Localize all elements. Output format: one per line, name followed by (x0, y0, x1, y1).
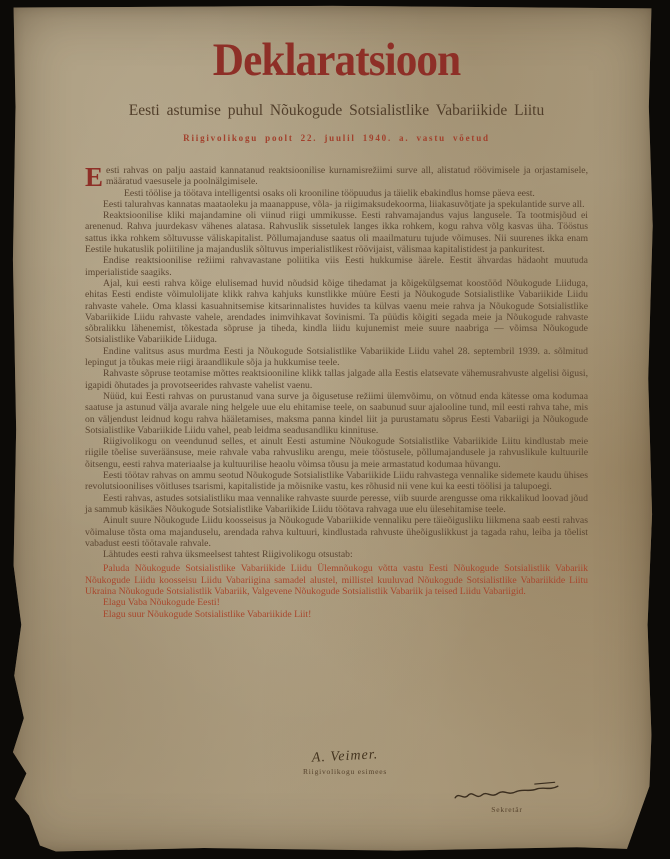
paragraph: Endine valitsus asus murdma Eesti ja Nõu… (85, 346, 588, 369)
paragraph: Riigivolikogu on veendunud selles, et ai… (85, 436, 588, 470)
resolution-paragraph: Paluda Nõukogude Sotsialistlike Vabariik… (85, 563, 588, 597)
document-subtitle: Eesti astumise puhul Nõukogude Sotsialis… (85, 102, 588, 120)
scanned-document-photo: { "document": { "title": "Deklaratsioon"… (0, 0, 670, 859)
drop-cap: E (85, 165, 106, 188)
chairman-signature-role: Riigivolikogu esimees (303, 767, 387, 776)
secretary-signature-block: Sekretär (451, 781, 563, 814)
paragraph: Eesti talurahvas kannatas maataoleku ja … (85, 199, 588, 210)
slogan-line: Elagu suur Nõukogude Sotsialistlike Vaba… (85, 609, 588, 621)
paragraph: Lähtudes eesti rahva üksmeelsest tahtest… (85, 549, 588, 560)
paragraph: Eesti töölise ja töötava intelligentsi o… (85, 188, 588, 199)
paragraph: Eesti rahvas on palju aastaid kannatanud… (85, 165, 588, 188)
resolution-block: Paluda Nõukogude Sotsialistlike Vabariik… (85, 563, 588, 621)
document-content: Deklaratsioon Eesti astumise puhul Nõuko… (11, 35, 654, 621)
paragraph: Ajal, kui eesti rahva kõige elulisemad h… (85, 278, 588, 346)
body-text: Eesti rahvas on palju aastaid kannatanud… (85, 165, 588, 560)
paragraph: Eesti töötav rahvas on ammu seotud Nõuko… (85, 470, 588, 493)
paragraph: Rahvaste sõpruse teotamise mõttes reakts… (85, 368, 588, 391)
chairman-signature-handwriting: A. Veimer. (303, 747, 388, 767)
paragraph: Endise reaktsioonilise režiimi rahvavast… (85, 255, 588, 278)
paragraph: Nüüd, kui Eesti rahvas on purustanud van… (85, 391, 588, 436)
paragraph: Ainult suure Nõukogude Liidu koosseisus … (85, 515, 588, 549)
document-dateline: Riigivolikogu poolt 22. juulil 1940. a. … (85, 133, 588, 143)
secretary-signature-handwriting (451, 779, 564, 805)
slogan-line: Elagu Vaba Nõukogude Eesti! (85, 597, 588, 609)
document-page: Deklaratsioon Eesti astumise puhul Nõuko… (11, 5, 654, 854)
paragraph: Reaktsioonilise kliki majandamine oli vi… (85, 210, 588, 255)
document-title: Deklaratsioon (105, 35, 568, 85)
paragraph: Eesti rahvas, astudes sotsialistliku maa… (85, 493, 588, 516)
chairman-signature-block: A. Veimer. Riigivolikogu esimees (303, 749, 387, 776)
secretary-signature-role: Sekretär (451, 805, 563, 814)
